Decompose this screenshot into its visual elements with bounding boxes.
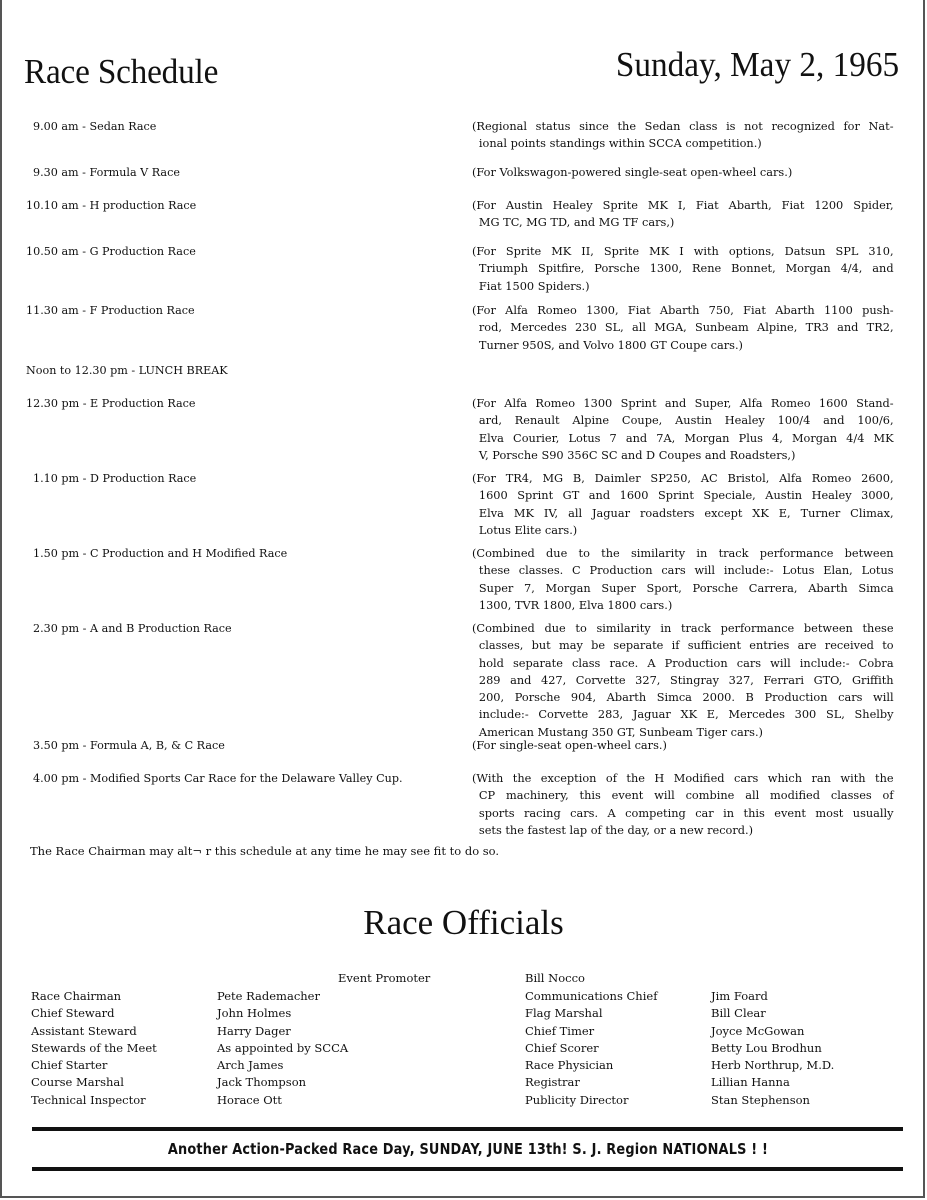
- description-line: (For TR4, MG B, Daimler SP250, AC Bristo…: [472, 470, 894, 487]
- race-description: (Combined due to similarity in track per…: [472, 620, 894, 741]
- event-promoter-role: Event Promoter: [338, 970, 430, 987]
- description-line: Lotus Elite cars.): [472, 522, 894, 539]
- race-time-event: 3.50 pm - Formula A, B, & C Race: [33, 737, 225, 754]
- race-description: (For Alfa Romeo 1300 Sprint and Super, A…: [472, 395, 894, 464]
- race-description: (For single-seat open-wheel cars.): [472, 737, 894, 754]
- description-line: (Combined due to the similarity in track…: [472, 545, 894, 562]
- race-description: (Combined due to the similarity in track…: [472, 545, 894, 614]
- description-line: (For Sprite MK II, Sprite MK I with opti…: [472, 243, 894, 260]
- race-time-event: 11.30 am - F Production Race: [26, 302, 195, 319]
- officials-left-roles: Race ChairmanChief StewardAssistant Stew…: [31, 988, 157, 1109]
- race-description: (For Volkswagon-powered single-seat open…: [472, 164, 894, 181]
- description-line: 1600 Sprint GT and 1600 Sprint Speciale,…: [472, 487, 894, 504]
- description-line: (For Austin Healey Sprite MK I, Fiat Aba…: [472, 197, 894, 214]
- schedule-note: The Race Chairman may alt¬ r this schedu…: [30, 844, 499, 858]
- official-role: Chief Scorer: [525, 1040, 657, 1057]
- official-name: Horace Ott: [217, 1092, 348, 1109]
- race-description: (For Austin Healey Sprite MK I, Fiat Aba…: [472, 197, 894, 232]
- description-line: ional points standings within SCCA compe…: [472, 135, 894, 152]
- description-line: classes, but may be separate if sufficie…: [472, 637, 894, 654]
- officials-right-roles: Communications ChiefFlag MarshalChief Ti…: [525, 988, 657, 1109]
- official-role: Stewards of the Meet: [31, 1040, 157, 1057]
- race-time-event: 2.30 pm - A and B Production Race: [33, 620, 232, 637]
- official-name: As appointed by SCCA: [217, 1040, 348, 1057]
- officials-title: Race Officials: [0, 903, 927, 943]
- race-time-event: 9.30 am - Formula V Race: [33, 164, 180, 181]
- official-role: Course Marshal: [31, 1074, 157, 1091]
- description-line: (Combined due to similarity in track per…: [472, 620, 894, 637]
- official-role: Communications Chief: [525, 988, 657, 1005]
- official-name: Jack Thompson: [217, 1074, 348, 1091]
- race-time-event: 4.00 pm - Modified Sports Car Race for t…: [33, 770, 403, 787]
- race-time-event: Noon to 12.30 pm - LUNCH BREAK: [26, 362, 228, 379]
- description-line: these classes. C Production cars will in…: [472, 562, 894, 579]
- official-name: Arch James: [217, 1057, 348, 1074]
- race-time-event: 12.30 pm - E Production Race: [26, 395, 196, 412]
- race-description: (Regional status since the Sedan class i…: [472, 118, 894, 153]
- race-description: (For Alfa Romeo 1300, Fiat Abarth 750, F…: [472, 302, 894, 354]
- official-role: Publicity Director: [525, 1092, 657, 1109]
- official-role: Technical Inspector: [31, 1092, 157, 1109]
- description-line: (For single-seat open-wheel cars.): [472, 737, 894, 754]
- description-line: hold separate class race. A Production c…: [472, 655, 894, 672]
- race-time-event: 1.10 pm - D Production Race: [33, 470, 196, 487]
- description-line: Elva Courier, Lotus 7 and 7A, Morgan Plu…: [472, 430, 894, 447]
- race-time-event: 10.50 am - G Production Race: [26, 243, 196, 260]
- description-line: (For Alfa Romeo 1300 Sprint and Super, A…: [472, 395, 894, 412]
- officials-left-names: Pete RademacherJohn HolmesHarry DagerAs …: [217, 988, 348, 1109]
- banner-text: Another Action-Packed Race Day, SUNDAY, …: [167, 1140, 767, 1158]
- official-name: Lillian Hanna: [711, 1074, 834, 1091]
- official-name: Pete Rademacher: [217, 988, 348, 1005]
- description-line: (Regional status since the Sedan class i…: [472, 118, 894, 135]
- description-line: (For Volkswagon-powered single-seat open…: [472, 164, 894, 181]
- official-name: Harry Dager: [217, 1023, 348, 1040]
- description-line: sports racing cars. A competing car in t…: [472, 805, 894, 822]
- description-line: CP machinery, this event will combine al…: [472, 787, 894, 804]
- description-line: V, Porsche S90 356C SC and D Coupes and …: [472, 447, 894, 464]
- officials-right-names: Jim FoardBill ClearJoyce McGowanBetty Lo…: [711, 988, 834, 1109]
- race-description: (For Sprite MK II, Sprite MK I with opti…: [472, 243, 894, 295]
- description-line: (For Alfa Romeo 1300, Fiat Abarth 750, F…: [472, 302, 894, 319]
- official-role: Chief Timer: [525, 1023, 657, 1040]
- race-description: (With the exception of the H Modified ca…: [472, 770, 894, 839]
- description-line: MG TC, MG TD, and MG TF cars,): [472, 214, 894, 231]
- description-line: sets the fastest lap of the day, or a ne…: [472, 822, 894, 839]
- description-line: rod, Mercedes 230 SL, all MGA, Sunbeam A…: [472, 319, 894, 336]
- official-role: Chief Starter: [31, 1057, 157, 1074]
- official-name: Bill Clear: [711, 1005, 834, 1022]
- official-name: John Holmes: [217, 1005, 348, 1022]
- description-line: Turner 950S, and Volvo 1800 GT Coupe car…: [472, 337, 894, 354]
- description-line: 200, Porsche 904, Abarth Simca 2000. B P…: [472, 689, 894, 706]
- race-description: (For TR4, MG B, Daimler SP250, AC Bristo…: [472, 470, 894, 539]
- description-line: 289 and 427, Corvette 327, Stingray 327,…: [472, 672, 894, 689]
- description-line: Super 7, Morgan Super Sport, Porsche Car…: [472, 580, 894, 597]
- announcement-banner: Another Action-Packed Race Day, SUNDAY, …: [32, 1127, 903, 1171]
- race-time-event: 9.00 am - Sedan Race: [33, 118, 156, 135]
- official-name: Betty Lou Brodhun: [711, 1040, 834, 1057]
- event-date: Sunday, May 2, 1965: [616, 45, 899, 85]
- official-role: Chief Steward: [31, 1005, 157, 1022]
- official-role: Flag Marshal: [525, 1005, 657, 1022]
- description-line: 1300, TVR 1800, Elva 1800 cars.): [472, 597, 894, 614]
- official-name: Herb Northrup, M.D.: [711, 1057, 834, 1074]
- official-role: Race Physician: [525, 1057, 657, 1074]
- official-role: Race Chairman: [31, 988, 157, 1005]
- official-name: Jim Foard: [711, 988, 834, 1005]
- official-role: Assistant Steward: [31, 1023, 157, 1040]
- official-role: Registrar: [525, 1074, 657, 1091]
- page-title: Race Schedule: [24, 52, 218, 92]
- description-line: (With the exception of the H Modified ca…: [472, 770, 894, 787]
- description-line: ard, Renault Alpine Coupe, Austin Healey…: [472, 412, 894, 429]
- description-line: Fiat 1500 Spiders.): [472, 278, 894, 295]
- official-name: Stan Stephenson: [711, 1092, 834, 1109]
- event-promoter-name: Bill Nocco: [525, 970, 585, 987]
- description-line: Elva MK IV, all Jaguar roadsters except …: [472, 505, 894, 522]
- race-time-event: 10.10 am - H production Race: [26, 197, 196, 214]
- description-line: Triumph Spitfire, Porsche 1300, Rene Bon…: [472, 260, 894, 277]
- official-name: Joyce McGowan: [711, 1023, 834, 1040]
- description-line: include:- Corvette 283, Jaguar XK E, Mer…: [472, 706, 894, 723]
- race-time-event: 1.50 pm - C Production and H Modified Ra…: [33, 545, 287, 562]
